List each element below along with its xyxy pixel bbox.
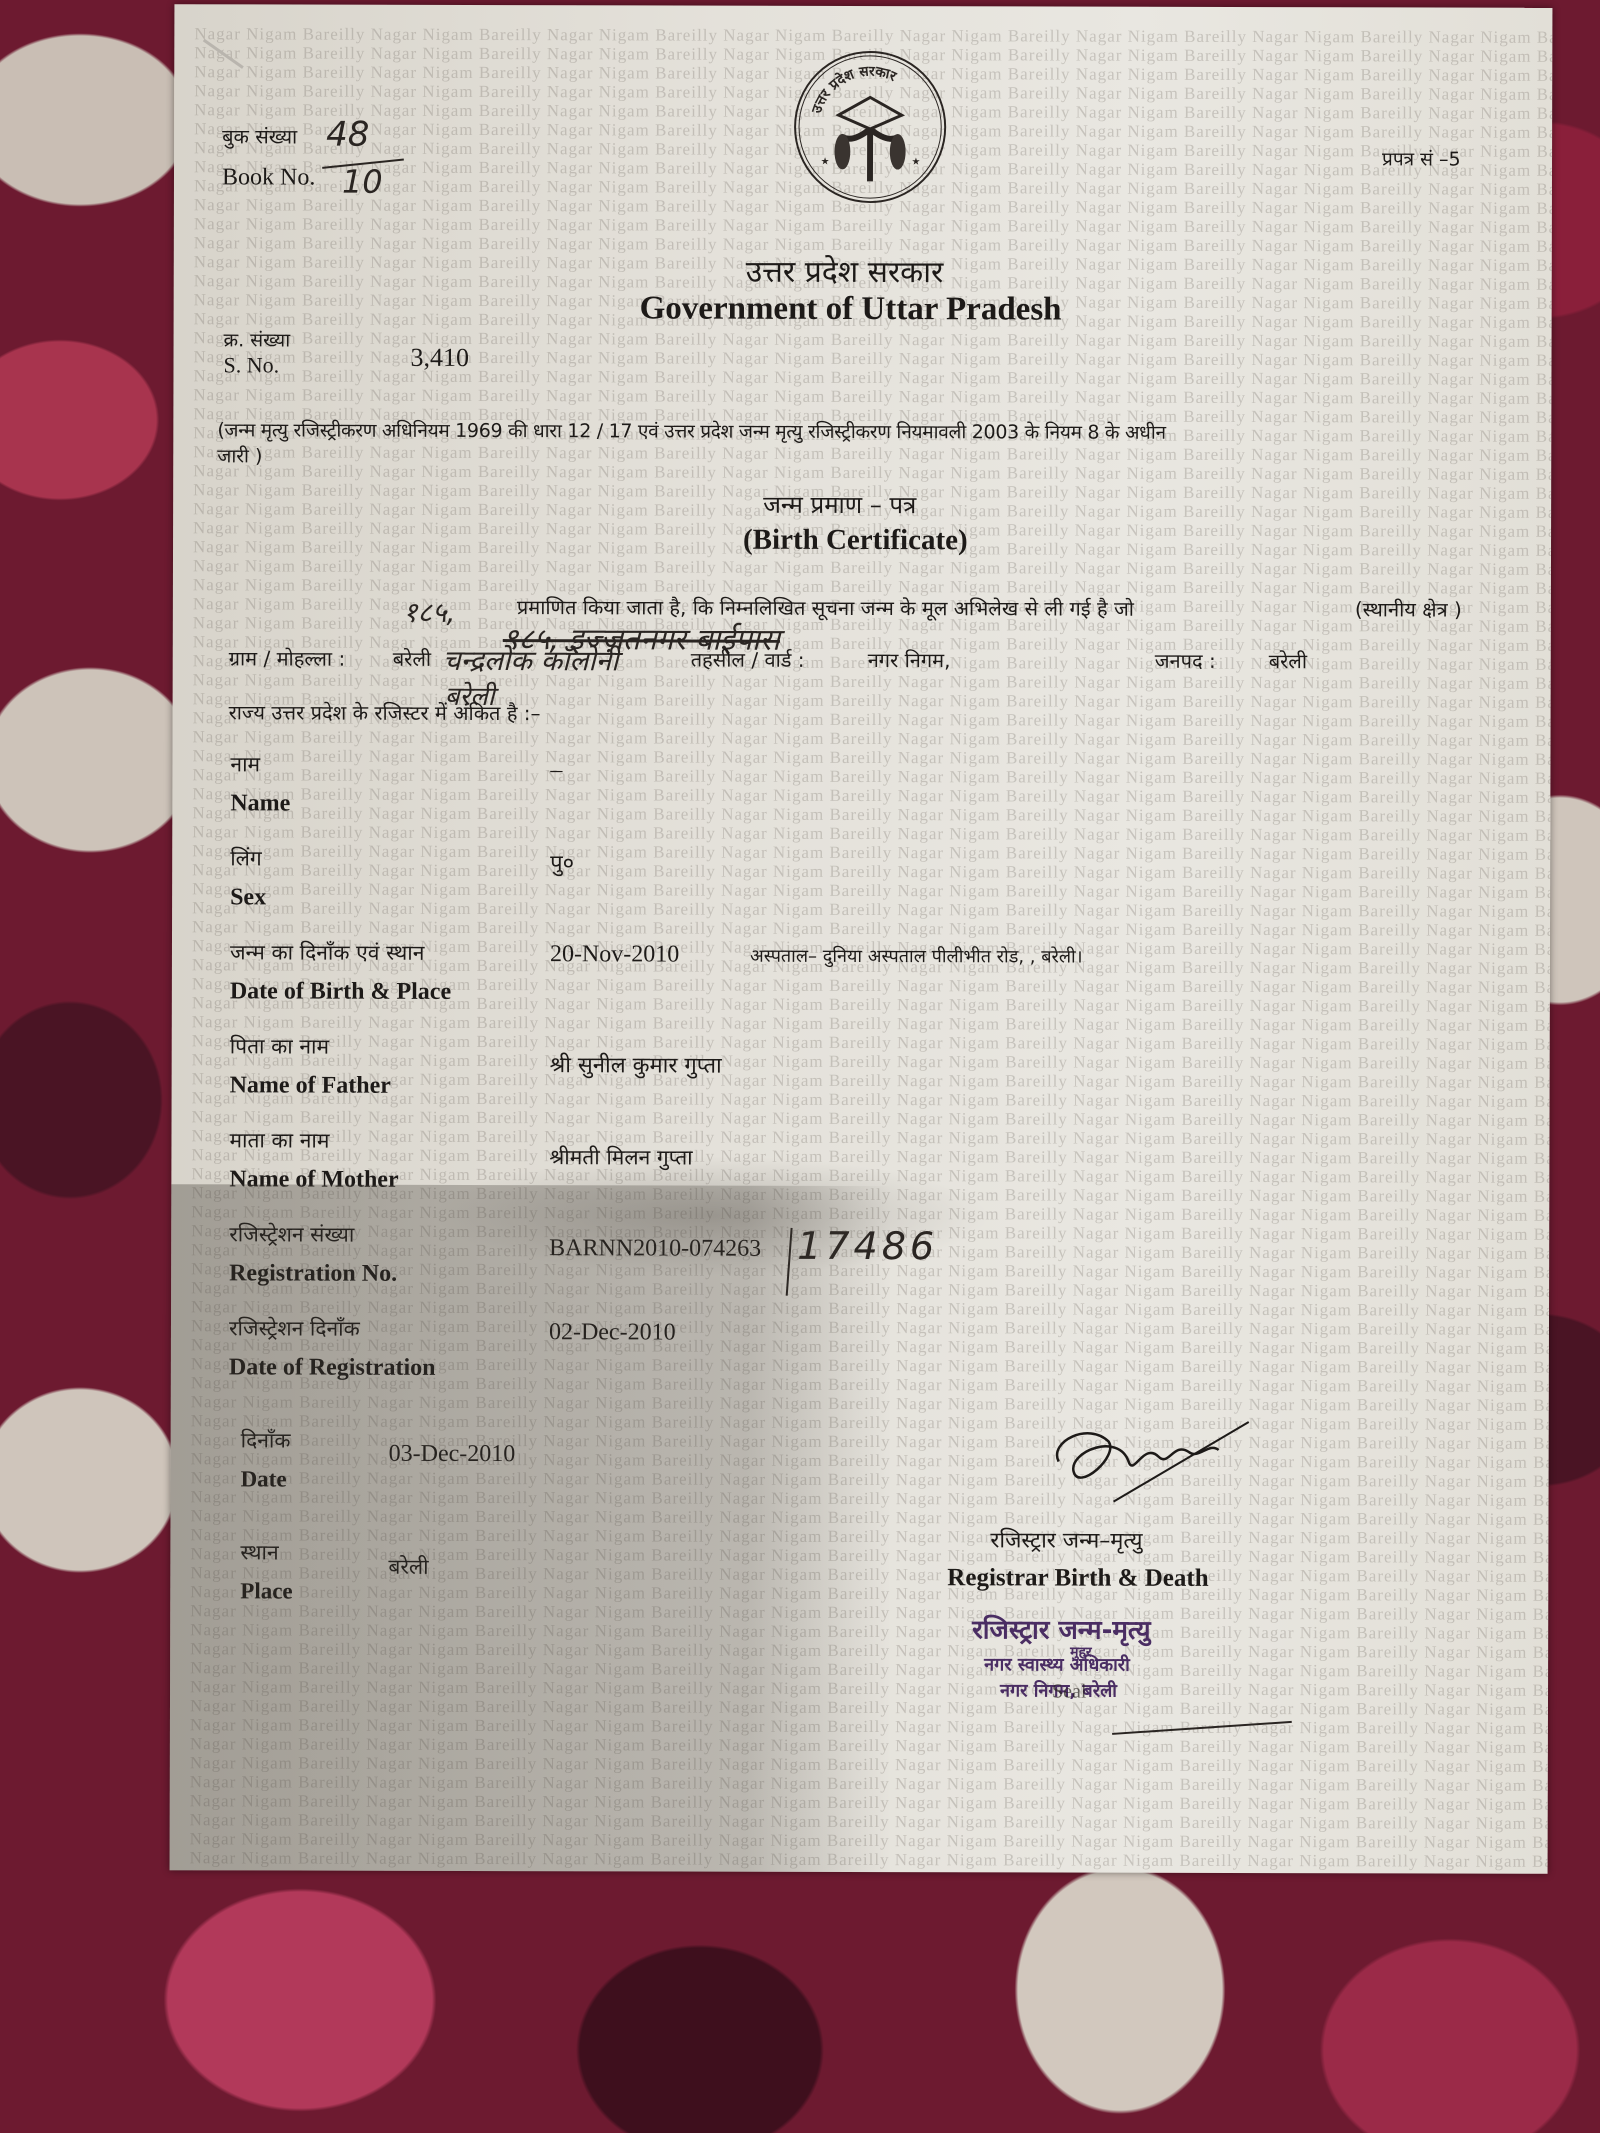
field-value-mother: श्रीमती मिलन गुप्ता	[549, 1143, 692, 1171]
issue-place-label-en: Place	[240, 1578, 292, 1604]
header-title-hindi: उत्तर प्रदेश सरकार	[746, 250, 944, 292]
staple-pin	[203, 39, 244, 69]
field-label-mother-en: Name of Mother	[229, 1166, 398, 1193]
village-value: बरेली	[393, 645, 431, 672]
field-value-sex: पु०	[550, 847, 574, 877]
field-value-father: श्री सुनील कुमार गुप्ता	[550, 1049, 722, 1079]
regno-handwritten-divider	[786, 1228, 793, 1296]
act-note-line-1: (जन्म मृत्यु रजिस्ट्रीकरण अधिनियम 1969 क…	[217, 416, 1165, 444]
field-value-dob: 20-Nov-2010	[550, 941, 679, 968]
field-value-regno: BARNN2010-074263	[549, 1235, 761, 1263]
svg-text:उत्तर प्रदेश सरकार: उत्तर प्रदेश सरकार	[809, 63, 900, 116]
local-area-label: (स्थानीय क्षेत्र )	[1355, 595, 1462, 622]
field-value-regno-handwritten: 17486	[797, 1224, 938, 1268]
issue-place-label-hi: स्थान	[240, 1538, 278, 1566]
svg-text:★: ★	[911, 157, 920, 168]
stamp-health-officer-line: नगर स्वास्थ्य अधिकारी	[984, 1652, 1130, 1676]
seal-text: Seal	[1052, 1681, 1086, 1704]
issue-date-value: 03-Dec-2010	[389, 1441, 516, 1468]
serial-number: 3,410	[410, 343, 469, 373]
field-value-birth-place: अस्पताल– दुनिया अस्पताल पीलीभीत रोड, , ब…	[750, 944, 1083, 969]
book-no-label-en: Book No.	[222, 164, 315, 191]
field-label-father-hi: पिता का नाम	[230, 1032, 329, 1060]
field-value-name: –	[550, 757, 562, 784]
up-government-emblem-icon: उत्तर प्रदेश सरकार ★ ★	[791, 48, 949, 206]
village-label: ग्राम / मोहल्ला :	[229, 644, 346, 671]
field-label-regno-hi: रजिस्ट्रेशन संख्या	[229, 1220, 354, 1248]
district-label: जनपद :	[1155, 647, 1216, 674]
district-value: बरेली	[1269, 647, 1307, 674]
tehsil-label: तहसील / वार्ड :	[691, 646, 805, 673]
book-no-label-hi: बुक संख्या	[222, 122, 297, 149]
issue-place-value: बरेली	[388, 1553, 428, 1581]
svg-text:★: ★	[821, 156, 830, 167]
field-value-regdate: 02-Dec-2010	[549, 1319, 676, 1346]
field-label-name-en: Name	[230, 790, 290, 817]
form-number: प्रपत्र सं –5	[1382, 145, 1461, 171]
stamp-registrar-line: रजिस्ट्रार जन्म-मृत्यु	[972, 1610, 1150, 1646]
field-label-regno-en: Registration No.	[229, 1260, 397, 1287]
certificate-title-english: (Birth Certificate)	[743, 524, 968, 558]
field-label-name-hi: नाम	[230, 750, 260, 778]
field-label-regdate-hi: रजिस्ट्रेशन दिनाँक	[229, 1314, 360, 1342]
act-note-line-2: जारी )	[217, 442, 262, 468]
birth-certificate-paper: Nagar Nigam Bareilly Nagar Nigam Bareill…	[170, 4, 1553, 1874]
registrar-title-english: Registrar Birth & Death	[947, 1564, 1208, 1593]
issue-date-label-en: Date	[241, 1466, 287, 1492]
handwritten-address-line-2: चन्द्रलोक कॉलोनी	[443, 641, 619, 679]
emblem-arc-text: उत्तर प्रदेश सरकार	[809, 63, 900, 116]
serial-label-hi: क्र. संख्या	[224, 326, 291, 352]
field-label-sex-hi: लिंग	[230, 844, 262, 872]
registrar-signature-icon	[1018, 1401, 1398, 1532]
field-label-dob-hi: जन्म का दिनाँक एवं स्थान	[230, 938, 425, 967]
field-label-sex-en: Sex	[230, 884, 266, 911]
field-label-dob-en: Date of Birth & Place	[230, 978, 451, 1006]
field-label-mother-hi: माता का नाम	[229, 1126, 329, 1154]
book-no-value-top: 48	[326, 115, 369, 155]
header-title-english: Government of Uttar Pradesh	[640, 290, 1062, 328]
book-no-value-bottom: 10	[342, 163, 383, 201]
field-label-regdate-en: Date of Registration	[229, 1354, 436, 1382]
certificate-title-hindi: जन्म प्रमाण – पत्र	[763, 488, 916, 521]
stamp-underline	[1112, 1721, 1292, 1735]
tehsil-value: नगर निगम,	[868, 646, 951, 673]
field-label-father-en: Name of Father	[230, 1072, 391, 1099]
registrar-title-hindi: रजिस्ट्रार जन्म–मृत्यु	[990, 1524, 1142, 1554]
serial-label-en: S. No.	[223, 352, 279, 378]
state-register-text: राज्य उत्तर प्रदेश के रजिस्टर में अंकित …	[229, 698, 541, 726]
issue-date-label-hi: दिनाँक	[241, 1426, 291, 1454]
handwritten-house-number: १८५,	[403, 593, 456, 631]
